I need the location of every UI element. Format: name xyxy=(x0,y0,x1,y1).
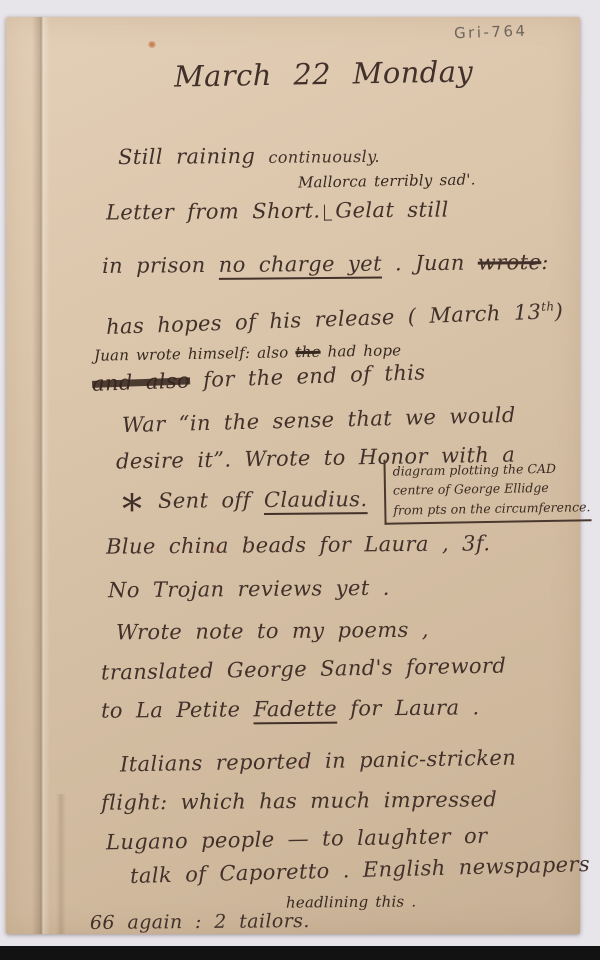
text-segment: Still raining xyxy=(118,144,269,169)
text-segment: has hopes of his release ( March 13 xyxy=(106,300,542,339)
marginal-note-line: from pts on the circumference. xyxy=(393,497,591,520)
diary-line-end-of-this-war: and also for the end of this xyxy=(92,360,426,396)
diary-line-petite-fadette: to La Petite Fadette for Laura . xyxy=(101,695,480,722)
diary-line-blue-china-beads: Blue china beads for Laura , 3f. xyxy=(106,531,491,558)
diary-line-still-raining: Still raining continuously. xyxy=(118,143,380,169)
catalog-number: Gri-764 xyxy=(454,22,528,43)
text-segment: ) xyxy=(554,299,563,323)
struck-word: the xyxy=(295,343,320,361)
diary-line-wrote-note-poems: Wrote note to my poems , xyxy=(116,618,429,645)
text-segment: had hope xyxy=(320,341,401,360)
struck-word: wrote xyxy=(478,250,542,275)
diary-line-in-prison: in prison no charge yet . Juan wrote: xyxy=(102,250,549,278)
marginal-note-diagram: diagram plotting the CAD centre of Georg… xyxy=(383,456,591,525)
diary-line-flight: flight: which has much impressed xyxy=(101,787,497,814)
diary-line-war-sense: War “in the sense that we would xyxy=(122,403,516,437)
text-segment: Letter from Short. xyxy=(106,199,321,225)
text-segment: : xyxy=(541,250,549,274)
struck-phrase: and also xyxy=(92,368,191,395)
diary-line-letter-from-short: Letter from Short.Gelat still xyxy=(106,198,449,225)
underlined-phrase: no charge yet xyxy=(219,252,382,277)
text-segment: Juan wrote himself: also xyxy=(94,343,296,365)
text-segment: for the end of this xyxy=(190,360,426,392)
text-segment: continuously. xyxy=(268,147,380,167)
text-segment: Sent off xyxy=(158,488,264,513)
date-heading: March 22 Monday xyxy=(174,54,474,93)
text-segment: in prison xyxy=(102,253,219,278)
interline-note-headlining: headlining this . xyxy=(286,892,416,911)
scan-edge-strip xyxy=(0,946,600,960)
fold-crease xyxy=(32,17,50,934)
diary-line-66-again: 66 again : 2 tailors. xyxy=(90,910,310,934)
insertion-mark-icon xyxy=(324,205,332,221)
interline-note-mallorca: Mallorca terribly sad'. xyxy=(298,170,476,191)
text-segment: to La Petite xyxy=(101,697,254,722)
text-segment: for Laura . xyxy=(337,695,480,720)
fold-crease-bottom xyxy=(56,794,66,934)
diary-line-caporetto: talk of Caporetto . English newspapers xyxy=(130,852,591,888)
underlined-title: Fadette xyxy=(253,697,337,722)
foxing-spot xyxy=(148,41,156,48)
text-segment: Gelat still xyxy=(335,198,449,223)
margin-asterisk-mark: * xyxy=(122,487,142,533)
scanned-page-background: Gri-764 March 22 Monday Still raining co… xyxy=(0,0,600,960)
diary-line-has-hopes: has hopes of his release ( March 13th) xyxy=(106,299,564,339)
superscript-ordinal: th xyxy=(541,299,555,313)
diary-line-lugano: Lugano people — to laughter or xyxy=(106,824,488,855)
interline-note-juan-wrote: Juan wrote himself: also the had hope xyxy=(94,341,402,364)
diary-line-italians: Italians reported in panic-stricken xyxy=(120,746,517,777)
underlined-title: Claudius. xyxy=(264,487,368,512)
diary-line-sent-claudius: Sent off Claudius. xyxy=(158,487,368,513)
text-segment: . Juan xyxy=(382,251,478,276)
diary-page: Gri-764 March 22 Monday Still raining co… xyxy=(6,17,580,934)
diary-line-no-trojan-reviews: No Trojan reviews yet . xyxy=(108,576,390,602)
diary-line-george-sand: translated George Sand's foreword xyxy=(101,653,507,684)
